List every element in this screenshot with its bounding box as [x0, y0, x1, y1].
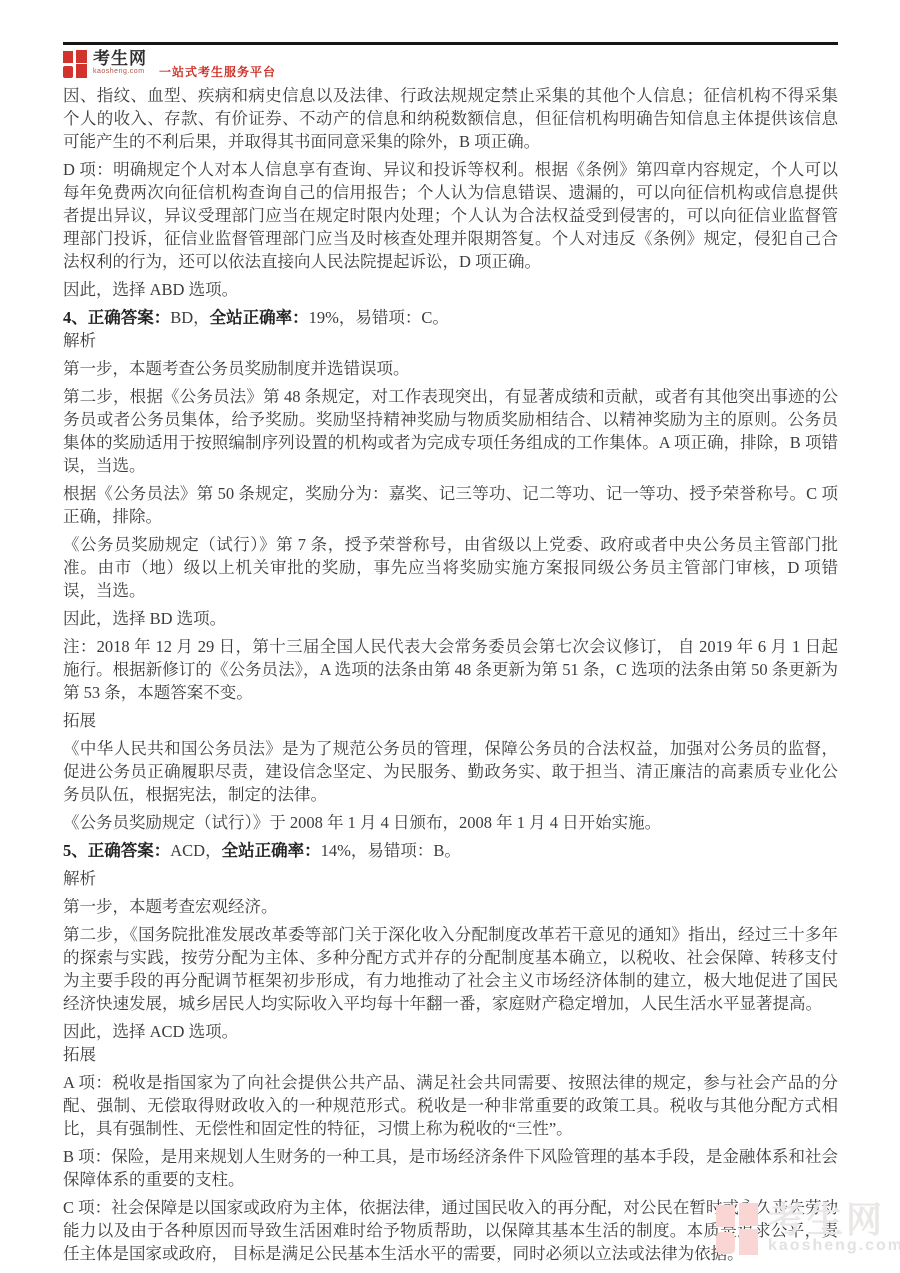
- step1-q4: 第一步，本题考查公务员奖励制度并选错误项。: [63, 357, 838, 380]
- brand-logo: 考生网 kaosheng.com 一站式考生服务平台: [63, 50, 276, 80]
- rule-article-50: 根据《公务员法》第 50 条规定，奖励分为：嘉奖、记三等功、记二等功、记一等功、…: [63, 482, 838, 528]
- rate-label-q4: 全站正确率：: [210, 308, 309, 327]
- expansion-heading-q4: 拓展: [63, 709, 838, 732]
- rate-value-q5: 14%，: [321, 841, 368, 860]
- expansion-regulation: 《公务员奖励规定（试行）》于 2008 年 1 月 4 日颁布，2008 年 1…: [63, 811, 838, 834]
- watermark-domain: kaosheng.com: [768, 1237, 900, 1255]
- conclusion-q4: 因此，选择 BD 选项。: [63, 607, 838, 630]
- note-q4: 注：2018 年 12 月 29 日，第十三届全国人民代表大会常务委员会第七次会…: [63, 635, 838, 704]
- page: 考生网 kaosheng.com 一站式考生服务平台 因、指纹、血型、疾病和病史…: [0, 0, 900, 1273]
- rate-value-q4: 19%，: [309, 308, 356, 327]
- answer-value-q4: BD，: [170, 308, 209, 327]
- option-b-q5: B 项：保险，是用来规划人生财务的一种工具，是市场经济条件下风险管理的基本手段，…: [63, 1145, 838, 1191]
- rate-label-q5: 全站正确率：: [222, 841, 321, 860]
- kaosheng-logo-icon: [63, 50, 88, 78]
- brand-tagline: 一站式考生服务平台: [159, 63, 276, 80]
- paragraph-option-d: D 项：明确规定个人对本人信息享有查询、异议和投诉等权利。根据《条例》第四章内容…: [63, 158, 838, 273]
- answer-line-q4: 4、正确答案：BD，全站正确率：19%，易错项：C。: [63, 306, 838, 329]
- wrong-item-q5: 易错项：B。: [367, 841, 461, 860]
- analysis-heading-q5: 解析: [63, 867, 838, 890]
- answer-value-q5: ACD，: [170, 841, 221, 860]
- document-body: 因、指纹、血型、疾病和病史信息以及法律、行政法规规定禁止采集的其他个人信息；征信…: [63, 84, 838, 1270]
- watermark: 考生网 kaosheng.com: [716, 1203, 900, 1256]
- kaosheng-watermark-icon: [716, 1203, 760, 1256]
- step2-q4: 第二步，根据《公务员法》第 48 条规定，对工作表现突出，有显著成绩和贡献，或者…: [63, 385, 838, 477]
- rule-article-7: 《公务员奖励规定（试行）》第 7 条，授予荣誉称号，由省级以上党委、政府或者中央…: [63, 533, 838, 602]
- step2-q5: 第二步，《国务院批准发展改革委等部门关于深化收入分配制度改革若干意见的通知》指出…: [63, 923, 838, 1015]
- brand-text: 考生网 kaosheng.com: [93, 50, 147, 76]
- header-divider: [63, 42, 838, 45]
- expansion-heading-q5: 拓展: [63, 1043, 838, 1066]
- watermark-text: 考生网 kaosheng.com: [768, 1203, 900, 1255]
- answer-label-q4: 4、正确答案：: [63, 308, 170, 327]
- option-a-q5: A 项：税收是指国家为了向社会提供公共产品、满足社会共同需要、按照法律的规定，参…: [63, 1071, 838, 1140]
- answer-line-q5: 5、正确答案：ACD，全站正确率：14%，易错项：B。: [63, 839, 838, 862]
- expansion-law: 《中华人民共和国公务员法》是为了规范公务员的管理，保障公务员的合法权益，加强对公…: [63, 737, 838, 806]
- analysis-heading-q4: 解析: [63, 329, 838, 352]
- brand-domain: kaosheng.com: [93, 68, 147, 76]
- answer-label-q5: 5、正确答案：: [63, 841, 170, 860]
- conclusion-q3: 因此，选择 ABD 选项。: [63, 278, 838, 301]
- brand-name: 考生网: [93, 50, 147, 68]
- conclusion-q5: 因此，选择 ACD 选项。: [63, 1020, 838, 1043]
- wrong-item-q4: 易错项：C。: [355, 308, 449, 327]
- watermark-brand: 考生网: [768, 1203, 900, 1237]
- step1-q5: 第一步，本题考查宏观经济。: [63, 895, 838, 918]
- paragraph-continuation: 因、指纹、血型、疾病和病史信息以及法律、行政法规规定禁止采集的其他个人信息；征信…: [63, 84, 838, 153]
